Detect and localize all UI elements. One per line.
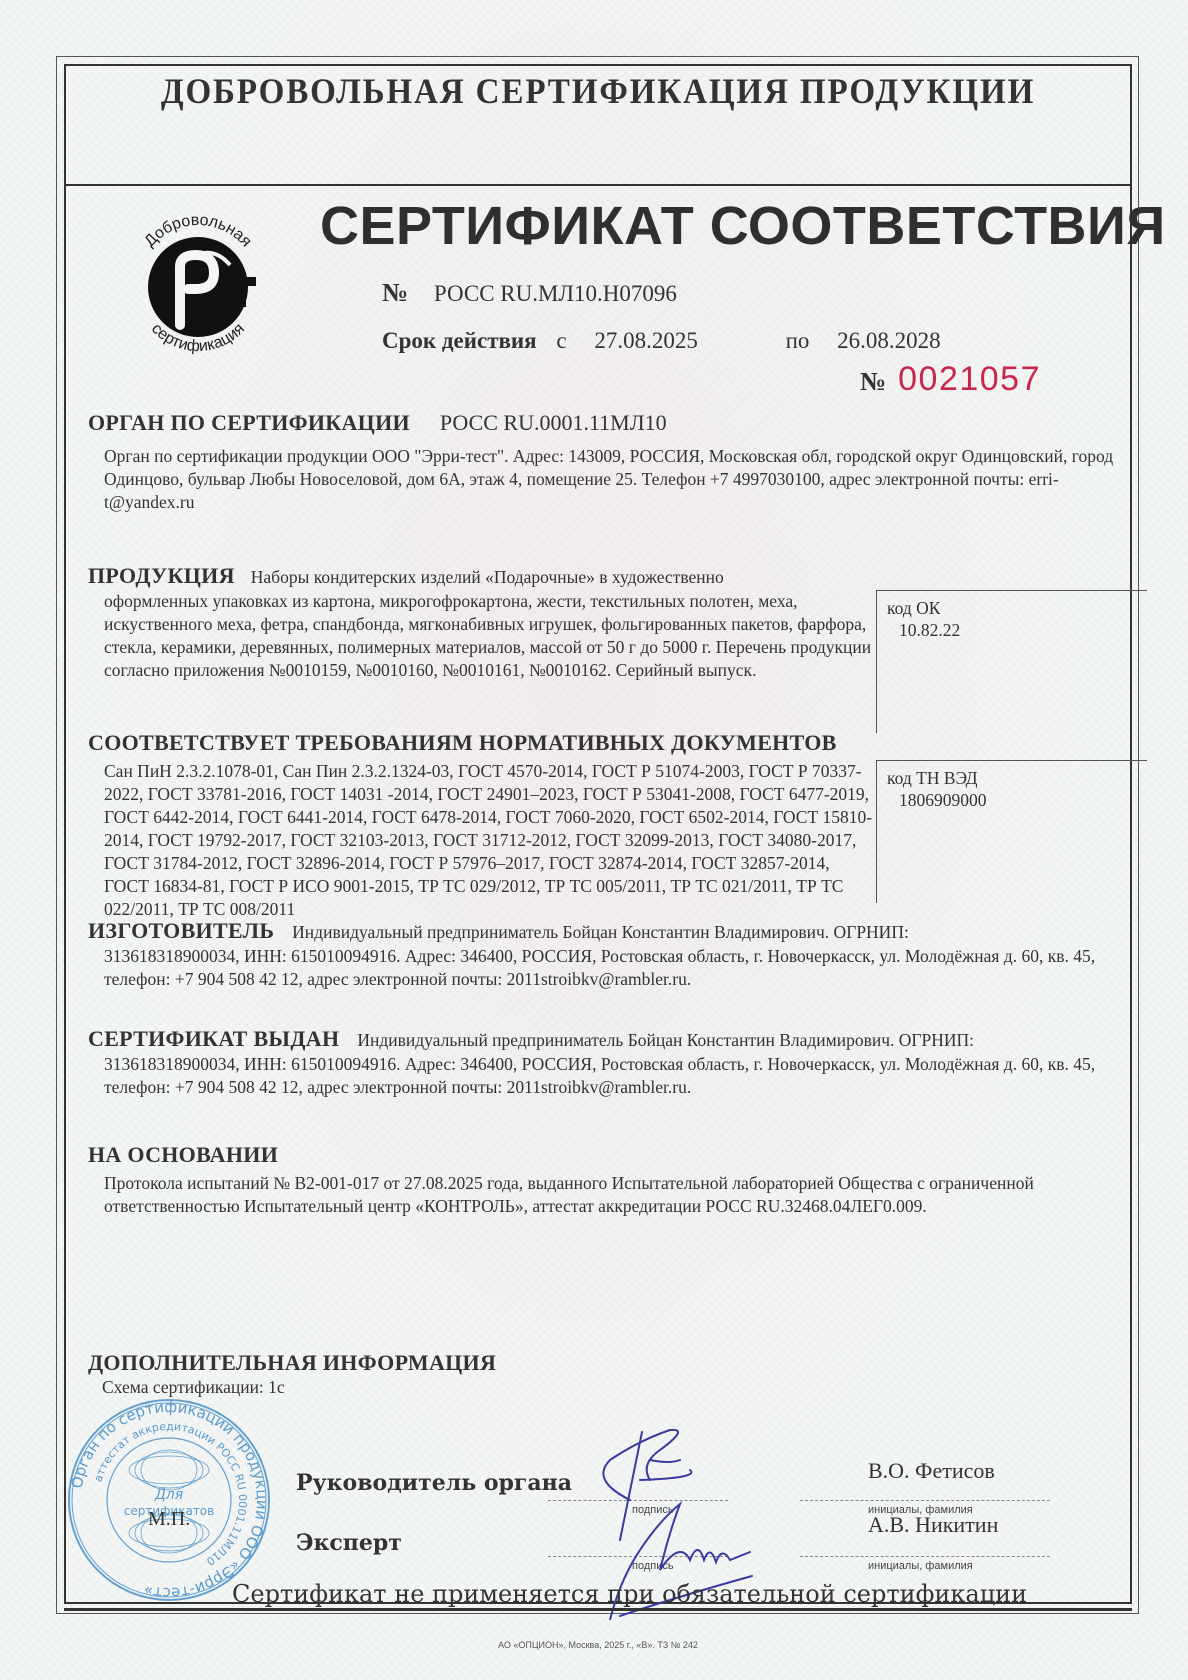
validity-from-label: с <box>556 328 566 353</box>
stamp-place-label: М.П. <box>148 1508 190 1531</box>
rst-voluntary-certification-logo-icon: Добровольная сертификация <box>118 205 278 365</box>
svg-text:Для: Для <box>154 1487 183 1503</box>
manufacturer-first-line: Индивидуальный предприниматель Бойцан Ко… <box>292 922 909 942</box>
voluntary-certification-heading: ДОБРОВОЛЬНАЯ СЕРТИФИКАЦИЯ ПРОДУКЦИИ <box>107 70 1090 112</box>
certificate-number-row: № РОСС RU.МЛ10.Н07096 <box>382 278 677 308</box>
head-name-line <box>800 1500 1050 1501</box>
head-of-body-name: В.О. Фетисов <box>868 1458 995 1484</box>
certification-body-details: Орган по сертификации продукции ООО "Эрр… <box>104 445 1114 514</box>
manufacturer-heading: ИЗГОТОВИТЕЛЬ <box>88 918 274 943</box>
printer-imprint: АО «ОПЦИОН», Москва, 2025 г., «В». ТЗ № … <box>64 1640 1132 1650</box>
valid-to-date: 26.08.2028 <box>837 328 941 353</box>
expert-name: А.В. Никитин <box>868 1512 998 1538</box>
products-heading: ПРОДУКЦИЯ <box>88 563 235 588</box>
manufacturer-heading-row: ИЗГОТОВИТЕЛЬ Индивидуальный предпринимат… <box>88 918 1118 944</box>
standards-list: Сан ПиН 2.3.2.1078-01, Сан Пин 2.3.2.132… <box>104 760 874 921</box>
issued-to-heading-row: СЕРТИФИКАТ ВЫДАН Индивидуальный предприн… <box>88 1026 1118 1052</box>
ok-code-box: код ОК 10.82.22 <box>876 590 1147 733</box>
validity-to-label: по <box>786 328 810 353</box>
expert-label: Эксперт <box>296 1530 402 1556</box>
certification-body-heading: ОРГАН ПО СЕРТИФИКАЦИИ <box>88 410 410 435</box>
issued-to-details: 313618318900034, ИНН: 615010094916. Адре… <box>104 1053 1114 1099</box>
tn-ved-code-box: код ТН ВЭД 1806909000 <box>876 760 1147 903</box>
validity-label: Срок действия <box>382 328 537 353</box>
head-of-body-label: Руководитель органа <box>296 1470 572 1496</box>
expert-name-caption: инициалы, фамилия <box>868 1560 973 1572</box>
number-sign: № <box>382 278 408 307</box>
valid-from-date: 27.08.2025 <box>594 328 698 353</box>
basis-heading: НА ОСНОВАНИИ <box>88 1142 278 1168</box>
certification-body-code: РОСС RU.0001.11МЛ10 <box>440 410 667 435</box>
blank-number-sign: № <box>860 367 886 396</box>
manufacturer-details: 313618318900034, ИНН: 615010094916. Адре… <box>104 945 1114 991</box>
footer-divider <box>64 1608 1132 1611</box>
expert-name-line <box>800 1556 1050 1557</box>
issued-to-first-line: Индивидуальный предприниматель Бойцан Ко… <box>357 1030 974 1050</box>
tn-ved-code-label: код ТН ВЭД <box>887 767 1137 789</box>
issued-to-heading: СЕРТИФИКАТ ВЫДАН <box>88 1026 339 1051</box>
header-divider <box>64 184 1132 186</box>
seal-stamp-icon: Орган по сертификации продукции ООО «Эрр… <box>64 1395 274 1605</box>
validity-row: Срок действия с 27.08.2025 по 26.08.2028 <box>382 328 1002 354</box>
products-heading-row: ПРОДУКЦИЯ Наборы кондитерских изделий «П… <box>88 563 724 589</box>
products-first-line: Наборы кондитерских изделий «Подарочные»… <box>251 567 724 587</box>
products-description: оформленных упаковках из картона, микрог… <box>104 590 874 682</box>
tn-ved-code-value: 1806909000 <box>887 789 1137 811</box>
ok-code-value: 10.82.22 <box>887 619 1137 641</box>
certification-body-heading-row: ОРГАН ПО СЕРТИФИКАЦИИ РОСС RU.0001.11МЛ1… <box>88 410 667 436</box>
blank-serial-number: 0021057 <box>898 360 1041 398</box>
standards-heading: СООТВЕТСТВУЕТ ТРЕБОВАНИЯМ НОРМАТИВНЫХ ДО… <box>88 730 837 756</box>
blank-number-row: № 0021057 <box>860 360 1041 399</box>
basis-details: Протокола испытаний № В2-001-017 от 27.0… <box>104 1172 1104 1218</box>
additional-info-heading: ДОПОЛНИТЕЛЬНАЯ ИНФОРМАЦИЯ <box>88 1350 496 1376</box>
ok-code-label: код ОК <box>887 597 1137 619</box>
voluntary-only-notice: Сертификат не применяется при обязательн… <box>232 1580 1027 1608</box>
certificate-number: РОСС RU.МЛ10.Н07096 <box>434 281 677 306</box>
certificate-of-conformity-title: СЕРТИФИКАТ СООТВЕТСТВИЯ <box>320 195 1166 257</box>
